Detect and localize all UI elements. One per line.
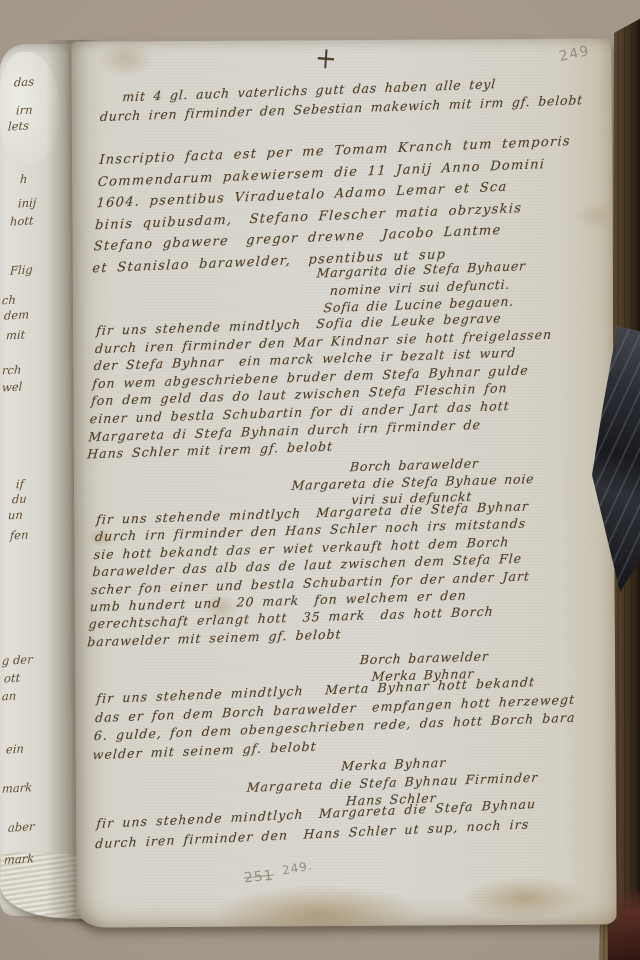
old-page-number-struck: 251 — [243, 867, 274, 886]
invocation-cross-mark: + — [314, 41, 338, 77]
folio-number-pencil: 249 — [558, 43, 592, 65]
bottom-page-numbers: 251 249. — [244, 866, 310, 885]
entry-merta: fir uns stehende mindtlych Merta Byhnar … — [92, 671, 579, 764]
entry-sofia: fir uns stehende mindtlych Sofia die Leu… — [87, 308, 554, 464]
text-layer: + 249 251 249. mit 4 gl. auch vaterlichs… — [0, 0, 640, 960]
opening-lines: mit 4 gl. auch vaterlichs gutt das haben… — [99, 71, 585, 126]
entry-margareta: fir uns stehende mindtlych Margareta die… — [87, 497, 536, 650]
manuscript-photo: + 249 251 249. mit 4 gl. auch vaterlichs… — [0, 0, 640, 960]
corrected-page-number: 249. — [281, 858, 314, 877]
